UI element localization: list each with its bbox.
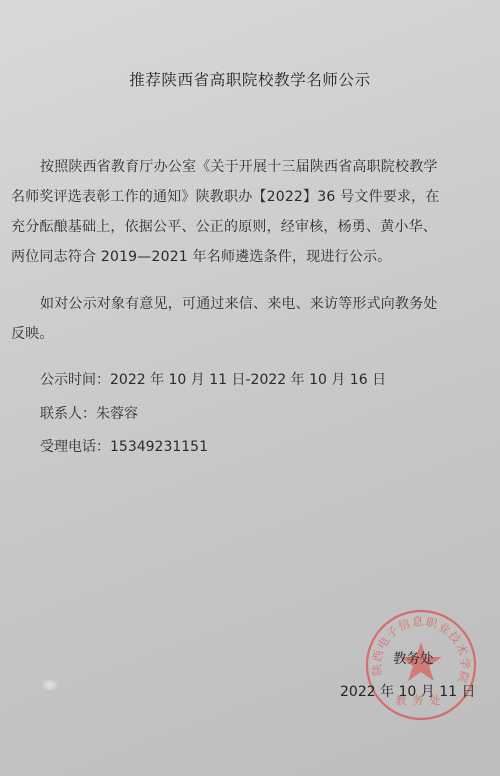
contact-person: 联系人：朱蓉容 bbox=[40, 403, 138, 423]
document-page: 推荐陕西省高职院校教学名师公示 按照陕西省教育厅办公室《关于开展十三届陕西省高职… bbox=[0, 0, 500, 776]
paragraph-feedback: 如对公示对象有意见，可通过来信、来电、来访等形式向教务处 反映。 bbox=[11, 289, 481, 349]
publicity-period: 公示时间：2022 年 10 月 11 日-2022 年 10 月 16 日 bbox=[40, 369, 386, 389]
paragraph-line: 名师奖评选表彰工作的通知》陕教职办【2022】36 号文件要求，在 bbox=[11, 182, 481, 212]
contact-phone: 受理电话：15349231151 bbox=[40, 436, 208, 456]
paragraph-main: 按照陕西省教育厅办公室《关于开展十三届陕西省高职院校教学 名师奖评选表彰工作的通… bbox=[11, 152, 481, 272]
paragraph-line: 按照陕西省教育厅办公室《关于开展十三届陕西省高职院校教学 bbox=[11, 152, 481, 182]
document-title: 推荐陕西省高职院校教学名师公示 bbox=[0, 68, 500, 90]
paragraph-line: 两位同志符合 2019—2021 年名师遴选条件，现进行公示。 bbox=[11, 242, 481, 272]
paragraph-line: 反映。 bbox=[11, 319, 481, 349]
paragraph-line: 充分酝酿基础上，依据公平、公正的原则，经审核，杨勇、黄小华、 bbox=[11, 212, 481, 242]
signature-department: 教务处 bbox=[393, 647, 434, 667]
paragraph-line: 如对公示对象有意见，可通过来信、来电、来访等形式向教务处 bbox=[11, 289, 481, 319]
signature-date: 2022 年 10 月 11 日 bbox=[340, 681, 476, 701]
paper-crease bbox=[42, 680, 58, 690]
